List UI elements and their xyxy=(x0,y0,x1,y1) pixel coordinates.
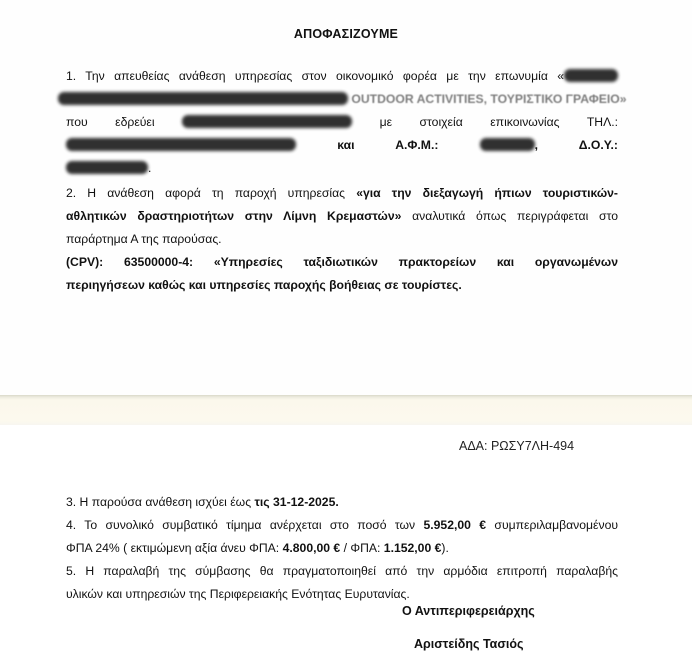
item-3-line: 3. Η παρούσα ανάθεση ισχύει έως τις 31-1… xyxy=(66,491,618,514)
item-5-line-1: 5. Η παραλαβή της σύμβασης θα πραγματοπο… xyxy=(66,560,618,583)
redacted-company-name-cont xyxy=(58,92,348,105)
item-2-paragraph: 2. Η ανάθεση αφορά τη παροχή υπηρεσίας «… xyxy=(66,182,618,297)
redacted-address xyxy=(182,115,352,128)
cpv-line-2: περιηγήσεων καθώς και υπηρεσίες παροχής … xyxy=(66,274,618,297)
item-1-line-5: . xyxy=(66,157,618,180)
ada-code: ΑΔΑ: ΡΩΣΥ7ΛΗ-494 xyxy=(459,439,574,453)
redacted-company-name xyxy=(564,69,618,82)
item-4-line-1: 4. Το συνολικό συμβατικό τίμημα ανέρχετα… xyxy=(66,514,618,537)
page-break-band xyxy=(0,395,692,425)
items-3-5-paragraphs: 3. Η παρούσα ανάθεση ισχύει έως τις 31-1… xyxy=(66,491,618,606)
redacted-tax-id xyxy=(480,138,535,151)
item-2-line-3: παράρτημα Α της παρούσας. xyxy=(66,228,618,251)
item-1-paragraph: 1. Την απευθείας ανάθεση υπηρεσίας στον … xyxy=(66,65,618,180)
item-1-line-1: 1. Την απευθείας ανάθεση υπηρεσίας στον … xyxy=(66,65,618,88)
cpv-line-1: (CPV): 63500000-4: «Υπηρεσίες ταξιδιωτικ… xyxy=(66,251,618,274)
item-1-line-2: OUTDOOR ACTIVITIES, ΤΟΥΡΙΣΤΙΚΟ ΓΡΑΦΕΙΟ» xyxy=(58,88,618,111)
document-heading: ΑΠΟΦΑΣΙΖΟΥΜΕ xyxy=(0,27,692,41)
signature-role: Ο Αντιπεριφερειάρχης xyxy=(402,604,535,618)
item-4-line-2: ΦΠΑ 24% ( εκτιμώμενη αξία άνευ ΦΠΑ: 4.80… xyxy=(66,537,618,560)
item-2-line-1: 2. Η ανάθεση αφορά τη παροχή υπηρεσίας «… xyxy=(66,182,618,205)
item-2-line-2: αθλητικών δραστηριοτήτων στην Λίμνη Κρεμ… xyxy=(66,205,618,228)
redacted-tax-office xyxy=(66,161,148,174)
item-1-line-3: που εδρεύει με στοιχεία επικοινωνίας ΤΗΛ… xyxy=(66,111,618,134)
item-5-line-2: υλικών και υπηρεσιών της Περιφερειακής Ε… xyxy=(66,583,618,606)
item-1-line-4: και Α.Φ.Μ.: , Δ.Ο.Υ.: xyxy=(66,134,618,157)
signature-name: Αριστείδης Τασιός xyxy=(414,637,524,651)
redacted-phone-email xyxy=(66,138,296,151)
